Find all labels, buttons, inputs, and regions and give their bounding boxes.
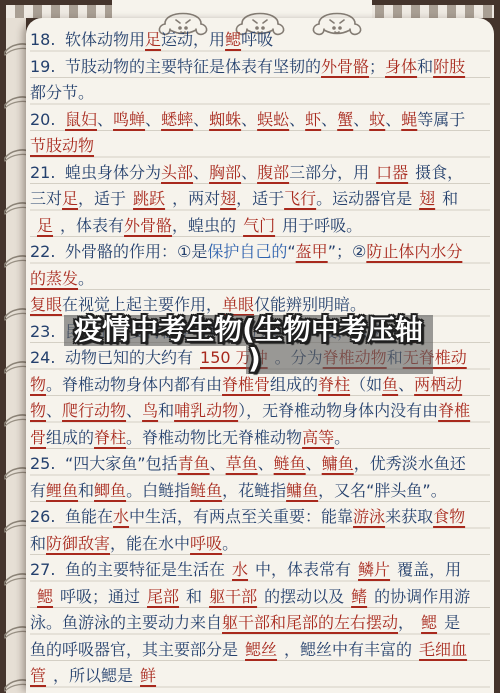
text-segment: 外骨骼的作用：①是 [65, 242, 207, 261]
text-segment: 。 [334, 428, 350, 447]
text-segment: 躯干部 [202, 587, 264, 606]
text-segment: 高等 [302, 428, 334, 447]
item-number: 26. [30, 504, 65, 531]
text-segment: 覆盖，用 [397, 560, 461, 579]
text-segment: 鳞片 [351, 560, 397, 579]
text-segment: 和 [417, 57, 433, 76]
text-segment: 蜘蛛 [209, 110, 241, 129]
text-segment: 外骨骼 [321, 57, 369, 76]
text-segment: 鳃 [30, 587, 60, 606]
text-segment: 呼吸；通过 [60, 587, 140, 606]
text-segment: 蜈蚣 [257, 110, 289, 129]
text-segment: 三部分，用 [289, 163, 369, 182]
text-segment: ， [398, 613, 414, 632]
text-segment: 翅 [412, 189, 442, 208]
text-segment: 防御敌害 [46, 534, 110, 553]
text-segment: 爬行动物 [62, 401, 126, 420]
text-segment: 足 [30, 216, 60, 235]
text-segment: 、 [321, 110, 337, 129]
text-segment: ，鳃丝中有丰富的 [284, 640, 412, 659]
item-number: 18. [30, 27, 65, 54]
text-segment: “ [287, 242, 295, 261]
text-segment: 足 [62, 189, 78, 208]
note-item: 21.蝗虫身体分为头部、胸部、腹部三部分，用口器摄食，三对足，适于跳跃，两对翅，… [30, 160, 474, 240]
note-item: 26.鱼能在水中生活，有两点至关重要：能靠游泳来获取食物和防御敌害，能在水中呼吸… [30, 504, 474, 557]
text-segment: 鱼 [382, 375, 398, 394]
text-segment: 都分节。 [30, 83, 94, 102]
text-segment: 脊柱 [318, 375, 350, 394]
text-segment: 鸣蝉 [113, 110, 145, 129]
text-segment: 头部 [161, 163, 193, 182]
text-segment: 、 [353, 110, 369, 129]
text-segment: 。白鲢指 [126, 481, 190, 500]
text-segment: 蝇 [401, 110, 417, 129]
text-segment: ，体表有 [60, 216, 124, 235]
text-segment: 胸部 [209, 163, 241, 182]
text-segment: 呼吸 [241, 30, 273, 49]
item-number: 20. [30, 107, 65, 134]
item-number: 23. [30, 319, 65, 346]
text-segment: ，花鲢指 [222, 481, 286, 500]
text-segment: 鲫鱼 [94, 481, 126, 500]
text-segment: ，蝗虫的 [172, 216, 236, 235]
text-segment: 外骨骼 [124, 216, 172, 235]
note-item: 20.鼠妇、鸣蝉、蟋蟀、蜘蛛、蜈蚣、虾、蟹、蚊、蝇等属于节肢动物 [30, 107, 474, 160]
text-segment: 脊柱 [94, 428, 126, 447]
text-segment: 鳃丝 [238, 640, 284, 659]
text-segment: 鳙鱼 [322, 454, 354, 473]
text-segment: 跳跃 [126, 189, 172, 208]
text-segment: 在视觉上起主要作用， [62, 295, 222, 314]
text-segment: 和 [186, 587, 202, 606]
note-item: 25.“四大家鱼”包括青鱼、草鱼、鲢鱼、鳙鱼，优秀淡水鱼还有鲤鱼和鲫鱼。白鲢指鲢… [30, 451, 474, 504]
text-segment: 蝗虫身体分为 [65, 163, 161, 182]
text-segment: 和 [78, 481, 94, 500]
text-segment: 虾 [305, 110, 321, 129]
text-segment: 动物已知的大约有 [65, 348, 193, 367]
binding-strip [6, 18, 26, 693]
text-segment: 游泳 [353, 507, 385, 526]
text-segment: 、 [97, 110, 113, 129]
overlay-title-line2: ) [246, 346, 433, 372]
text-segment: 、 [241, 163, 257, 182]
text-segment: 尾部 [140, 587, 186, 606]
text-segment: 、 [193, 163, 209, 182]
text-segment: 、 [241, 110, 257, 129]
text-segment: 等属于 [417, 110, 465, 129]
text-segment: 呼吸 [190, 534, 222, 553]
item-number: 27. [30, 557, 65, 584]
text-segment: 用于呼吸。 [282, 216, 362, 235]
text-segment: 身体 [385, 57, 417, 76]
text-segment: 蚊 [369, 110, 385, 129]
text-segment: ，适于 [236, 189, 284, 208]
text-segment: 翅 [220, 189, 236, 208]
overlay-title-line1: 疫情中考生物(生物中考压轴 [64, 315, 433, 345]
text-segment: 口器 [369, 163, 415, 182]
text-segment: 鸟 [142, 401, 158, 420]
item-number: 22. [30, 239, 65, 266]
text-segment: 。运动器官是 [316, 189, 412, 208]
text-segment: 水 [113, 507, 129, 526]
text-segment: 和 [442, 189, 458, 208]
text-segment: 保护自己的 [207, 242, 287, 261]
text-segment: 软体动物用 [65, 30, 145, 49]
text-segment: 鳃 [225, 30, 241, 49]
text-segment: 气门 [236, 216, 282, 235]
text-segment: 、 [145, 110, 161, 129]
text-segment: 、 [126, 401, 142, 420]
text-segment: 运动，用 [161, 30, 225, 49]
text-segment: 、 [258, 454, 274, 473]
text-segment: 中生活，有两点至关重要：能靠 [129, 507, 353, 526]
text-segment: 腹部 [257, 163, 289, 182]
text-segment: （如 [350, 375, 382, 394]
text-segment: ，两对 [172, 189, 220, 208]
item-number: 24. [30, 345, 65, 372]
text-segment: 节肢动物 [30, 136, 94, 155]
note-item: 27.鱼的主要特征是生活在水中，体表常有鳞片覆盖，用鳃呼吸；通过尾部和躯干部的摆… [30, 557, 474, 690]
text-segment: 组成的 [46, 428, 94, 447]
text-segment: 水 [225, 560, 255, 579]
text-segment: 脊椎骨 [222, 375, 270, 394]
text-segment: 。 [78, 269, 94, 288]
text-segment: ），无脊椎动物身体内没有由 [238, 401, 438, 420]
text-segment: 食物 [433, 507, 465, 526]
text-segment: ，又名“胖头鱼”。 [318, 481, 447, 500]
text-segment: 仅能辨别明暗。 [254, 295, 366, 314]
text-segment: 组成的 [270, 375, 318, 394]
title-overlay-continuation: ) [246, 346, 433, 374]
text-segment: ，能在水中 [110, 534, 190, 553]
text-segment: 鳙鱼 [286, 481, 318, 500]
text-segment: 鱼的主要特征是生活在 [65, 560, 225, 579]
text-segment: 鲜 [133, 666, 163, 685]
notebook-page-frame: 18.软体动物用足运动，用鳃呼吸19.节肢动物的主要特征是体表有坚韧的外骨骼；身… [0, 0, 500, 693]
note-item: 19.节肢动物的主要特征是体表有坚韧的外骨骼；身体和附肢都分节。 [30, 54, 474, 107]
text-segment: 、 [289, 110, 305, 129]
text-segment: ”；② [328, 242, 367, 261]
text-segment: ，适于 [78, 189, 126, 208]
text-segment: 盔甲 [296, 242, 328, 261]
text-segment: 、 [210, 454, 226, 473]
text-segment: 、 [398, 375, 414, 394]
text-segment: 和 [30, 534, 46, 553]
text-segment: “四大家鱼”包括 [65, 454, 178, 473]
text-segment: 蟹 [337, 110, 353, 129]
text-segment: 青鱼 [178, 454, 210, 473]
text-segment: 中，体表常有 [255, 560, 351, 579]
text-segment: 、 [385, 110, 401, 129]
text-segment: ，所以鳃是 [53, 666, 133, 685]
text-segment: 鳍 [344, 587, 374, 606]
text-segment: 、 [46, 401, 62, 420]
text-segment: 鲢鱼 [274, 454, 306, 473]
text-segment: 鲤鱼 [46, 481, 78, 500]
text-segment: 。脊椎动物比无脊椎动物 [126, 428, 302, 447]
text-segment: 、 [306, 454, 322, 473]
text-segment: 。脊椎动物身体内都有由 [46, 375, 222, 394]
text-segment: 来获取 [385, 507, 433, 526]
text-segment: 哺乳动物 [174, 401, 238, 420]
text-segment: 蟋蟀 [161, 110, 193, 129]
text-segment: 、 [193, 110, 209, 129]
text-segment: 复眼 [30, 295, 62, 314]
text-segment: 附肢 [433, 57, 465, 76]
item-number: 21. [30, 160, 65, 187]
text-segment: ； [369, 57, 385, 76]
item-number: 19. [30, 54, 65, 81]
text-segment: 鳃 [414, 613, 444, 632]
note-item: 22.外骨骼的作用：①是保护自己的“盔甲”；②防止体内水分的蒸发。 [30, 239, 474, 292]
item-number: 25. [30, 451, 65, 478]
text-segment: 鲢鱼 [190, 481, 222, 500]
text-segment: 足 [145, 30, 161, 49]
text-segment: 飞行 [284, 189, 316, 208]
note-item: 18.软体动物用足运动，用鳃呼吸 [30, 27, 474, 54]
text-segment: 鱼能在 [65, 507, 113, 526]
text-segment: 。 [222, 534, 238, 553]
text-segment: 的摆动以及 [264, 587, 344, 606]
text-segment: 节肢动物的主要特征是体表有坚韧的 [65, 57, 321, 76]
text-segment: 和 [158, 401, 174, 420]
text-segment: 单眼 [222, 295, 254, 314]
text-segment: 躯干部和尾部的左右摆动 [222, 613, 398, 632]
text-segment: 草鱼 [226, 454, 258, 473]
text-segment: 鼠妇 [65, 110, 97, 129]
